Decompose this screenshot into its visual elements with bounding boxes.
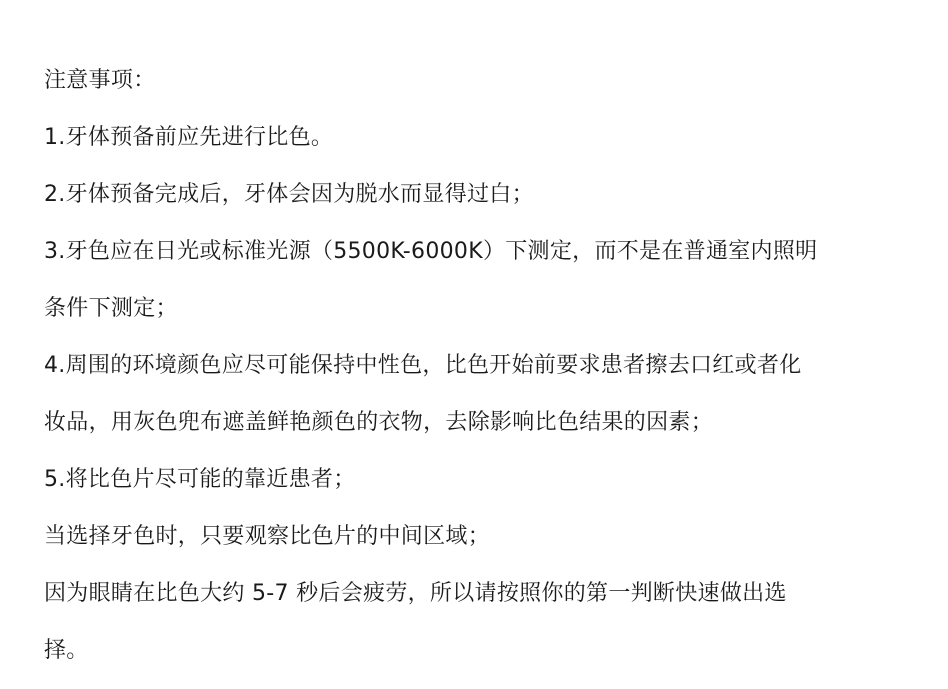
- note-item-4: 4.周围的环境颜色应尽可能保持中性色，比色开始前要求患者擦去口红或者化: [44, 337, 924, 394]
- note-item-2: 2.牙体预备完成后，牙体会因为脱水而显得过白；: [44, 166, 924, 223]
- notes-heading: 注意事项：: [44, 52, 924, 109]
- note-shade-observation: 当选择牙色时，只要观察比色片的中间区域；: [44, 508, 924, 565]
- note-item-1: 1.牙体预备前应先进行比色。: [44, 109, 924, 166]
- note-item-5: 5.将比色片尽可能的靠近患者；: [44, 451, 924, 508]
- notes-document: 注意事项： 1.牙体预备前应先进行比色。 2.牙体预备完成后，牙体会因为脱水而显…: [44, 52, 924, 679]
- note-eye-fatigue: 因为眼睛在比色大约 5-7 秒后会疲劳，所以请按照你的第一判断快速做出选: [44, 565, 924, 622]
- note-eye-fatigue-continued: 择。: [44, 622, 924, 679]
- note-item-4-continued: 妆品，用灰色兜布遮盖鲜艳颜色的衣物，去除影响比色结果的因素；: [44, 394, 924, 451]
- note-item-3-continued: 条件下测定；: [44, 280, 924, 337]
- note-item-3: 3.牙色应在日光或标准光源（5500K-6000K）下测定，而不是在普通室内照明: [44, 223, 924, 280]
